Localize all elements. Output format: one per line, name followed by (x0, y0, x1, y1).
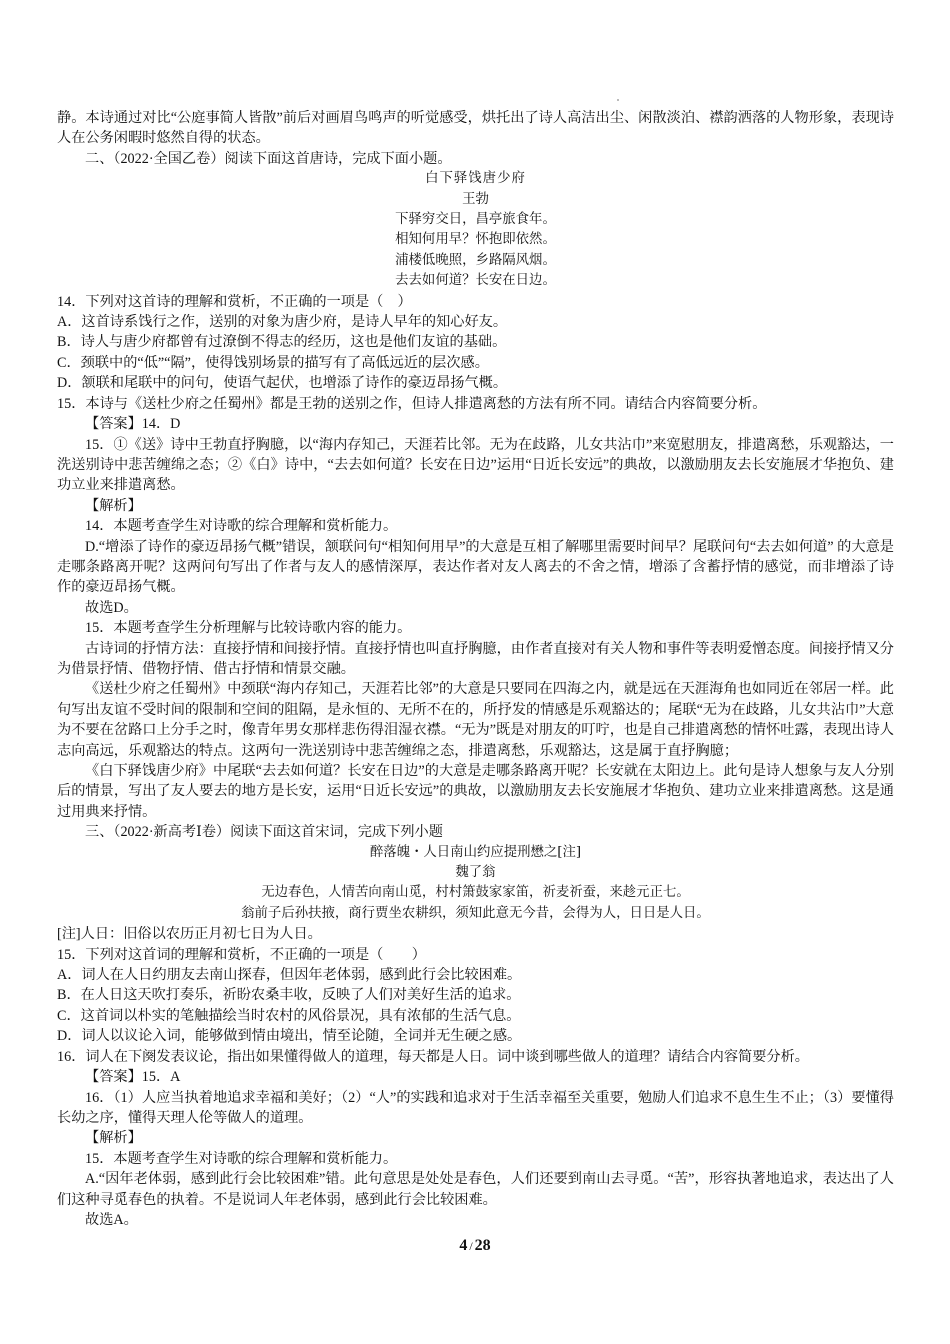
analysis-paragraph: 14．本题考查学生对诗歌的综合理解和赏析能力。 (57, 516, 894, 536)
section-2-heading: 二、（2022·全国乙卷）阅读下面这首唐诗，完成下面小题。 (57, 149, 894, 169)
ci-line: 翁前子后孙扶掖，商行贾坐农耕织，须知此意无今昔，会得为人，日日是人日。 (57, 904, 894, 924)
section-3-heading: 三、（2022·新高考Ⅰ卷）阅读下面这首宋词，完成下列小题 (57, 822, 894, 842)
option-d: D．颔联和尾联中的问句，使语气起伏，也增添了诗作的豪迈昂扬气概。 (57, 373, 894, 393)
intro-paragraph: 静。本诗通过对比“公庭事简人皆散”前后对画眉鸟鸣声的听觉感受，烘托出了诗人高洁出… (57, 108, 894, 149)
page-separator: / (469, 1239, 472, 1253)
answer-16: 16．（1）人应当执着地追求幸福和美好；（2）“人”的实践和追求对于生活幸福至关… (57, 1088, 894, 1129)
option-a: A．词人在人日约朋友去南山探春，但因年老体弱，感到此行会比较困难。 (57, 965, 894, 985)
analysis-paragraph: 故选A。 (57, 1210, 894, 1230)
poem-line: 相知何用早？怀抱即依然。 (57, 230, 894, 250)
analysis-label: 【解析】 (57, 1128, 894, 1148)
poem-line: 浦楼低晚照，乡路隔风烟。 (57, 251, 894, 271)
analysis-paragraph: 15．本题考查学生分析理解与比较诗歌内容的能力。 (57, 618, 894, 638)
answer-15: 15．①《送》诗中王勃直抒胸臆，以“海内存知己，天涯若比邻。无为在歧路，儿女共沾… (57, 435, 894, 496)
analysis-paragraph: D.“增添了诗作的豪迈昂扬气概”错误，颔联问句“相知何用早”的大意是互相了解哪里… (57, 537, 894, 598)
document-page: 静。本诗通过对比“公庭事简人皆散”前后对画眉鸟鸣声的听觉感受，烘托出了诗人高洁出… (57, 108, 894, 1230)
poem-line: 去去如何道？长安在日边。 (57, 271, 894, 291)
option-c: C．这首词以朴实的笔触描绘当时农村的风俗景况，具有浓郁的生活气息。 (57, 1006, 894, 1026)
analysis-label: 【解析】 (57, 496, 894, 516)
scan-speck (617, 99, 619, 101)
answer-label: 【答案】15．A (57, 1067, 894, 1087)
option-d: D．词人以议论入词，能够做到情由境出，情至论随，全词并无生硬之感。 (57, 1026, 894, 1046)
analysis-paragraph: 《白下驿饯唐少府》中尾联“去去如何道？长安在日边”的大意是走哪条路离开呢？长安就… (57, 761, 894, 822)
ci-author: 魏了翁 (57, 863, 894, 883)
option-a: A．这首诗系饯行之作，送别的对象为唐少府，是诗人早年的知心好友。 (57, 312, 894, 332)
poem-title: 白下驿饯唐少府 (57, 169, 894, 189)
question-16: 16．词人在下阕发表议论，指出如果懂得做人的道理，每天都是人日。词中谈到哪些做人… (57, 1047, 894, 1067)
analysis-paragraph: 《送杜少府之任蜀州》中颈联“海内存知己，天涯若比邻”的大意是只要同在四海之内，就… (57, 679, 894, 761)
page-total: 28 (475, 1237, 491, 1254)
option-b: B．诗人与唐少府都曾有过潦倒不得志的经历，这也是他们友谊的基础。 (57, 332, 894, 352)
analysis-paragraph: A.“因年老体弱，感到此行会比较困难”错。此句意思是处处是春色，人们还要到南山去… (57, 1169, 894, 1210)
option-b: B．在人日这天吹打奏乐，祈盼农桑丰收，反映了人们对美好生活的追求。 (57, 985, 894, 1005)
poem-author: 王勃 (57, 190, 894, 210)
annotation-note: [注]人日：旧俗以农历正月初七日为人日。 (57, 924, 894, 944)
ci-line: 无边春色，人情苦向南山觅，村村箫鼓家家笛，祈麦祈蚕，来趁元正七。 (57, 883, 894, 903)
poem-line: 下驿穷交日，昌亭旅食年。 (57, 210, 894, 230)
page-current: 4 (459, 1237, 467, 1254)
question-15: 15．本诗与《送杜少府之任蜀州》都是王勃的送别之作，但诗人排遣离愁的方法有所不同… (57, 394, 894, 414)
analysis-paragraph: 古诗词的抒情方法：直接抒情和间接抒情。直接抒情也叫直抒胸臆，由作者直接对有关人物… (57, 639, 894, 680)
question-15-ci: 15．下列对这首词的理解和赏析，不正确的一项是（ ） (57, 945, 894, 965)
option-c: C．颈联中的“低”“隔”，使得饯别场景的描写有了高低远近的层次感。 (57, 353, 894, 373)
answer-label: 【答案】14．D (57, 414, 894, 434)
page-number: 4/28 (0, 1237, 950, 1255)
question-14: 14．下列对这首诗的理解和赏析，不正确的一项是（ ） (57, 292, 894, 312)
analysis-paragraph: 故选D。 (57, 598, 894, 618)
analysis-paragraph: 15．本题考查学生对诗歌的综合理解和赏析能力。 (57, 1149, 894, 1169)
ci-title: 醉落魄・人日南山约应提刑懋之[注] (57, 843, 894, 863)
